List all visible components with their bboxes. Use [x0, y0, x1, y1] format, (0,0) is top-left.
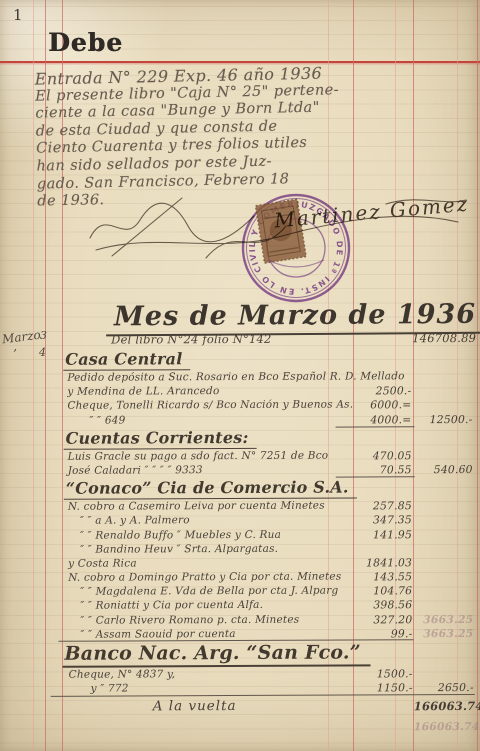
ledger-page: 1 Debe Entrada N° 229 Exp. 46 año 1936El…: [0, 0, 480, 751]
entry-text: Cheque, N° 4837 y,: [69, 668, 176, 680]
entry-text: ″ ″ Assam Saouid por cuenta: [80, 628, 235, 641]
entry-text: ″ ″ Carlo Rivero Romano p. cta. Minetes: [80, 613, 299, 626]
ghost-amount: 166063.74: [414, 720, 476, 733]
ledger-row: y ″ 7721150.-2650.-: [1, 681, 478, 697]
amount-col2: 540.60: [413, 463, 475, 476]
entry-text: Del libro N°24 folio N°142: [111, 332, 271, 347]
court-stamp: JUZGADO DE 1ª INST. EN LO CIVIL Y COMERC…: [238, 190, 354, 306]
ledger-row: Del libro N°24 folio N°142146708.89: [0, 331, 476, 350]
entry-text: y Mendina de LL. Arancedo: [67, 385, 219, 398]
page-side-heading: Debe: [48, 28, 123, 57]
amount-col1: 99.-: [336, 627, 415, 640]
section-heading: Cuentas Corrientes:: [64, 428, 257, 450]
ledger-row: “Conaco” Cia de Comercio S.A.: [0, 477, 477, 501]
entry-text: ″ ″ 649: [89, 414, 125, 426]
amount-col1: 470.05: [336, 449, 415, 462]
section-heading: Banco Nac. Arg. “San Fco.”: [62, 641, 370, 667]
court-stamp-graphic: JUZGADO DE 1ª INST. EN LO CIVIL Y COMERC…: [238, 190, 354, 306]
amount-col1: 70.55: [336, 463, 415, 477]
amount-col2: 2650.-: [414, 681, 476, 694]
entry-text: y ″ 772: [91, 683, 129, 695]
amount-col1: 1500.-: [337, 667, 416, 680]
amount-col1: 327.20: [336, 613, 415, 626]
amount-col1: 104.76: [336, 584, 415, 597]
entry-text: ″ ″ Bandino Heuv ″ Srta. Alpargatas.: [80, 543, 278, 556]
amount-col1: 143.55: [336, 570, 415, 583]
amount-col1: 2500.-: [335, 384, 414, 397]
entry-text: y Costa Rica: [68, 557, 137, 569]
entry-text: A la vuelta: [153, 698, 237, 714]
ledger-row: Casa Central: [0, 348, 476, 372]
amount-col1: 1841.03: [336, 556, 415, 569]
entry-text: N. cobro a Domingo Pratto y Cia por cta.…: [68, 571, 341, 584]
amount-col2: 12500.-: [412, 413, 474, 426]
entry-text: José Caladari ″ ″ ″ ″ 9333: [68, 464, 203, 477]
amount-col2: 166063.74: [414, 699, 476, 713]
ghost-amount: 3663.25: [413, 627, 475, 640]
amount-col1: 141.95: [336, 528, 415, 541]
amount-col1: 398.56: [336, 599, 415, 612]
entry-text: Pedido depósito a Suc. Rosario en Bco Es…: [67, 370, 404, 383]
page-number: 1: [13, 6, 23, 24]
entry-text: ″ ″ Renaldo Buffo ″ Muebles y C. Rua: [80, 528, 281, 541]
ledger-rows: Del libro N°24 folio N°142146708.89Casa …: [0, 331, 478, 738]
ledger-row: Banco Nac. Arg. “San Fco.”: [0, 641, 477, 669]
amount-col1: 347.35: [336, 514, 415, 527]
entry-text: ″ ″ Roniatti y Cia por cuenta Alfa.: [80, 599, 263, 612]
certificate-block: Entrada N° 229 Exp. 46 año 1936El presen…: [35, 61, 474, 211]
ledger-row: A la vuelta166063.74: [1, 697, 478, 719]
amount-col1: 4000.=: [335, 413, 414, 427]
amount-col1: 6000.=: [335, 399, 414, 412]
entry-text: Cheque, Tonelli Ricardo s/ Bco Nación y …: [67, 399, 353, 412]
amount-col1: 257.85: [336, 499, 415, 512]
fiscal-stamp: [256, 199, 307, 263]
entry-text: Luis Gracle su pago a sdo fact. N° 7251 …: [68, 449, 329, 462]
entry-text: ″ ″ Magdalena E. Vda de Bella por cta J.…: [80, 585, 338, 598]
ledger-row: Cuentas Corrientes:: [0, 427, 477, 451]
section-heading: Casa Central: [63, 349, 190, 371]
entry-text: ″ ″ a A. y A. Palmero: [80, 515, 190, 527]
ghost-amount: 3663.25: [413, 613, 475, 626]
section-heading: “Conaco” Cia de Comercio S.A.: [64, 478, 357, 500]
entry-text: N. cobro a Casemiro Leiva por cuenta Min…: [68, 500, 325, 513]
ledger-row: 166063.74: [1, 720, 478, 738]
amount-col1: 1150.-: [337, 681, 416, 694]
amount-col2: 146708.89: [412, 331, 474, 345]
